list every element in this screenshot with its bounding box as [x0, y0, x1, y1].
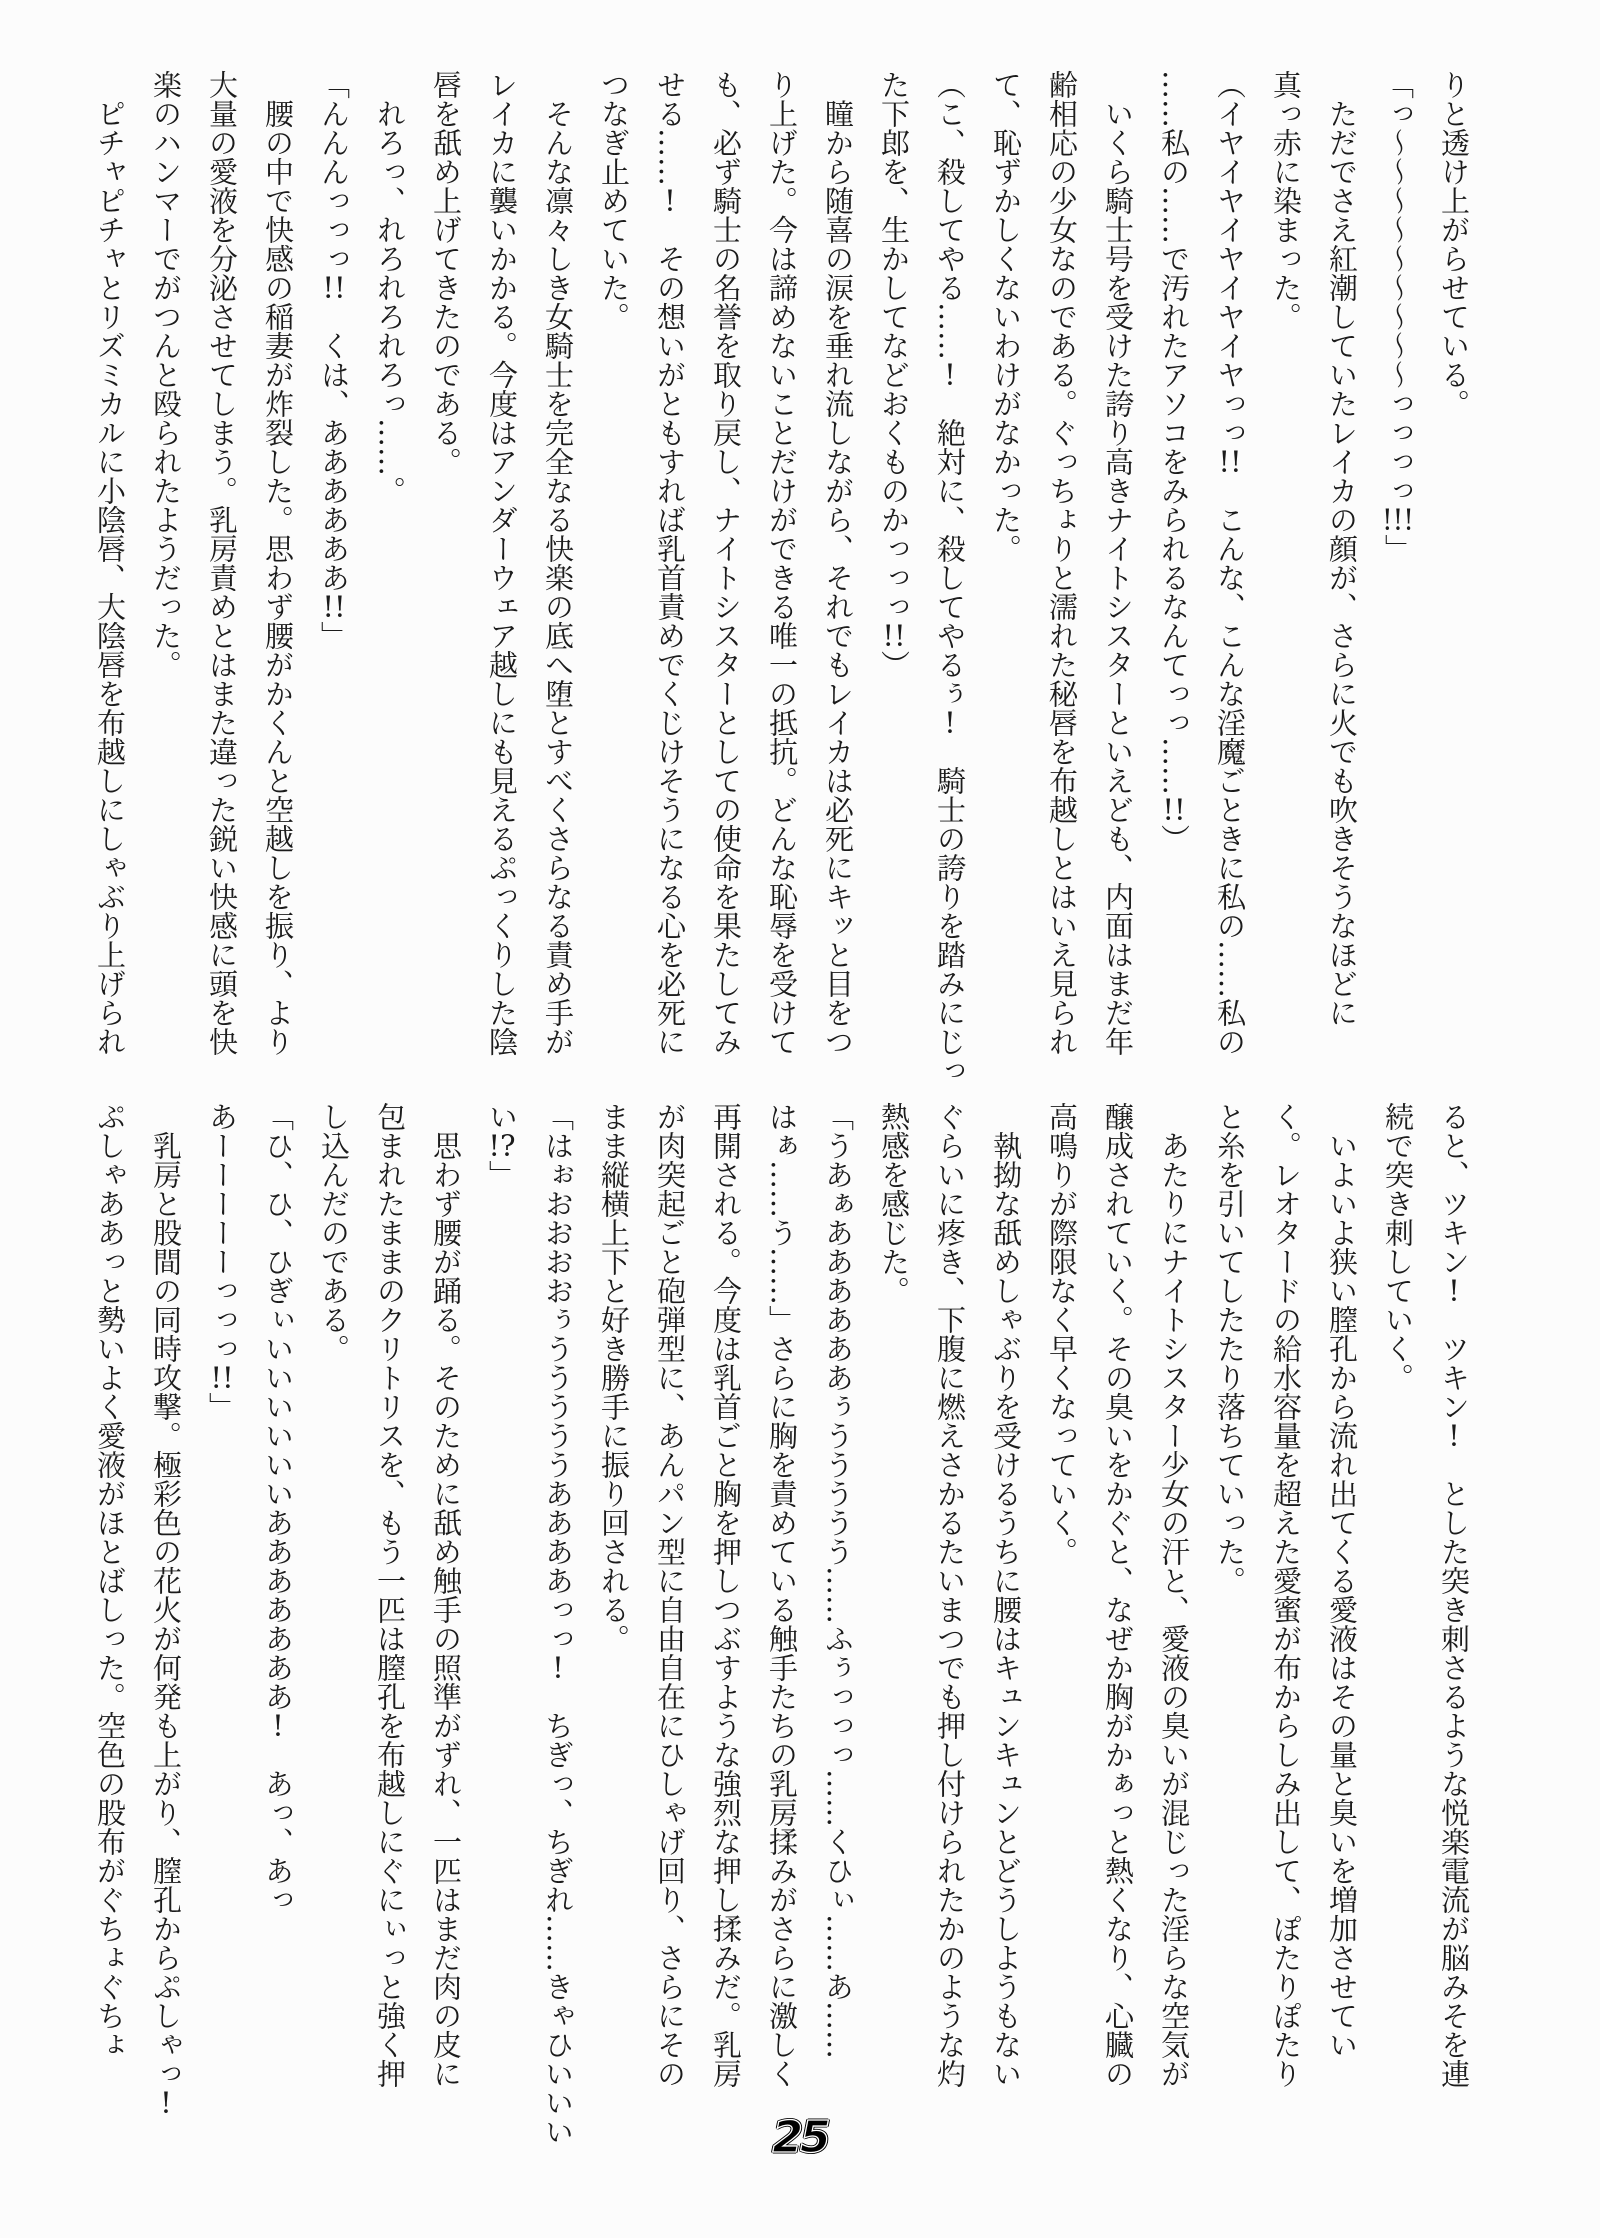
combined-exclamation: ! — [1437, 1276, 1471, 1305]
lower-text-block: ると、ツキン! ツキン! とした突き刺さるような悦楽電流が脳みそを連続で突き刺し… — [82, 1102, 1482, 2097]
text-column: ると、ツキン! ツキン! とした突き刺さるような悦楽電流が脳みそを連 — [1426, 1102, 1482, 2097]
combined-exclamation: !!! — [1381, 505, 1415, 534]
text-column: ただでさえ紅潮していたレイカの顔が、さらに火でも吹きそうなほどに — [1314, 70, 1370, 1065]
combined-exclamation: !! — [317, 273, 351, 302]
text-column: り上げた。今は諦めないことだけができる唯一の抵抗。どんな恥辱を受けて — [754, 70, 810, 1065]
text-column: 「んんんっっっ!! くは、ああああああ!!」 — [306, 70, 362, 1065]
text-column: 乳房と股間の同時攻撃。極彩色の花火が何発も上がり、膣孔からぷしゃっ! — [138, 1102, 194, 2097]
combined-exclamation: ! — [541, 1653, 575, 1682]
combined-exclamation: ! — [933, 360, 967, 389]
text-column: 「っ〜〜〜〜〜〜〜〜〜っっっっ!!!」 — [1370, 70, 1426, 1065]
text-column: 齢相応の少女なのである。ぐっちょりと濡れた秘唇を布越しとはいえ見られ — [1034, 70, 1090, 1065]
text-column: せる……! その想いがともすれば乳首責めでくじけそうになる心を必死に — [642, 70, 698, 1065]
text-column: れろっ、れろれろれろっ……。 — [362, 70, 418, 1065]
text-column: と糸を引いてしたたり落ちていった。 — [1202, 1102, 1258, 2097]
text-column: 楽のハンマーでがつんと殴られたようだった。 — [138, 70, 194, 1065]
combined-exclamation: ! — [1437, 1421, 1471, 1450]
text-column: つなぎ止めていた。 — [586, 70, 642, 1065]
text-column: 高鳴りが際限なく早くなっていく。 — [1034, 1102, 1090, 2097]
text-column: 腰の中で快感の稲妻が炸裂した。思わず腰がかくんと空越しを振り、より — [250, 70, 306, 1065]
combined-exclamation: !! — [317, 592, 351, 621]
text-column: 「はぉおおおおぅうううううああああっっ! ちぎっ、ちぎれ……きゃひいいい — [530, 1102, 586, 2097]
text-column: ぷしゃああっと勢いよく愛液がほとばしった。空色の股布がぐちょぐちょ — [82, 1102, 138, 2097]
text-column: 思わず腰が踊る。そのために舐め触手の照準がずれ、一匹はまだ肉の皮に — [418, 1102, 474, 2097]
text-column: はぁ……う……」さらに胸を責めている触手たちの乳房揉みがさらに激しく — [754, 1102, 810, 2097]
text-column: 真っ赤に染まった。 — [1258, 70, 1314, 1065]
text-column: あーーーーーっっっ!!」 — [194, 1102, 250, 2097]
text-column: レイカに襲いかかる。今度はアンダーウェア越しにも見えるぷっくりした陰 — [474, 70, 530, 1065]
text-column: 続で突き刺していく。 — [1370, 1102, 1426, 2097]
page-number: 25 — [0, 2112, 1600, 2163]
text-column: 瞳から随喜の涙を垂れ流しながら、それでもレイカは必死にキッと目をつ — [810, 70, 866, 1065]
combined-exclamation: !? — [485, 1131, 519, 1160]
text-column: も、必ず騎士の名誉を取り戻し、ナイトシスターとしての使命を果たしてみ — [698, 70, 754, 1065]
text-column: 再開される。今度は乳首ごと胸を押しつぶすような強烈な押し揉みだ。乳房 — [698, 1102, 754, 2097]
text-column: い!?」 — [474, 1102, 530, 2097]
text-column: た下郎を、生かしてなどおくものかっっっ!!） — [866, 70, 922, 1065]
combined-exclamation: ! — [653, 186, 687, 215]
text-column: いよいよ狭い膣孔から流れ出てくる愛液はその量と臭いを増加させてい — [1314, 1102, 1370, 2097]
combined-exclamation: !! — [1157, 795, 1191, 824]
text-column: ピチャピチャとリズミカルに小陰唇、大陰唇を布越しにしゃぶり上げられ — [82, 70, 138, 1065]
text-column: （こ、殺してやる……! 絶対に、殺してやるぅ! 騎士の誇りを踏みにじっ — [922, 70, 978, 1065]
text-column: そんな凛々しき女騎士を完全なる快楽の底へ堕とすべくさらなる責め手が — [530, 70, 586, 1065]
combined-exclamation: !! — [877, 621, 911, 650]
text-column: 唇を舐め上げてきたのである。 — [418, 70, 474, 1065]
text-column: 熱感を感じた。 — [866, 1102, 922, 2097]
text-column: いくら騎士号を受けた誇り高きナイトシスターといえども、内面はまだ年 — [1090, 70, 1146, 1065]
upper-text-block: りと透け上がらせている。「っ〜〜〜〜〜〜〜〜〜っっっっ!!!」 ただでさえ紅潮し… — [82, 70, 1482, 1065]
text-column: りと透け上がらせている。 — [1426, 70, 1482, 1065]
text-column: あたりにナイトシスター少女の汗と、愛液の臭いが混じった淫らな空気が — [1146, 1102, 1202, 2097]
text-column: が肉突起ごと砲弾型に、あんパン型に自由自在にひしゃげ回り、さらにその — [642, 1102, 698, 2097]
text-column: 「うあぁああああああぅううううう……ふぅっっっ……くひぃ……あ…… — [810, 1102, 866, 2097]
scanned-novel-page: りと透け上がらせている。「っ〜〜〜〜〜〜〜〜〜っっっっ!!!」 ただでさえ紅潮し… — [0, 0, 1600, 2238]
text-column: く。レオタードの給水容量を超えた愛蜜が布からしみ出して、ぽたりぽたり — [1258, 1102, 1314, 2097]
combined-exclamation: !! — [205, 1363, 239, 1392]
text-column: 醸成されていく。その臭いをかぐと、なぜか胸がかぁっと熱くなり、心臓の — [1090, 1102, 1146, 2097]
combined-exclamation: ! — [933, 708, 967, 737]
text-column: 「ひ、ひ、ひぎぃいいいいいいあああああああ! あっ、あっ — [250, 1102, 306, 2097]
combined-exclamation: !! — [1213, 447, 1247, 476]
text-column: 執拗な舐めしゃぶりを受けるうちに腰はキュンキュンとどうしようもない — [978, 1102, 1034, 2097]
text-column: 包まれたままのクリトリスを、もう一匹は膣孔を布越しにぐにぃっと強く押 — [362, 1102, 418, 2097]
text-column: ……私の……で汚れたアソコをみられるなんてっっ……!!） — [1146, 70, 1202, 1065]
text-column: 大量の愛液を分泌させてしまう。乳房責めとはまた違った鋭い快感に頭を快 — [194, 70, 250, 1065]
text-column: し込んだのである。 — [306, 1102, 362, 2097]
text-column: まま縦横上下と好き勝手に振り回される。 — [586, 1102, 642, 2097]
text-column: ぐらいに疼き、下腹に燃えさかるたいまつでも押し付けられたかのような灼 — [922, 1102, 978, 2097]
text-column: （イヤイヤイヤイヤイヤっっ!! こんな、こんな淫魔ごときに私の……私の — [1202, 70, 1258, 1065]
combined-exclamation: ! — [261, 1711, 295, 1740]
text-column: て、恥ずかしくないわけがなかった。 — [978, 70, 1034, 1065]
